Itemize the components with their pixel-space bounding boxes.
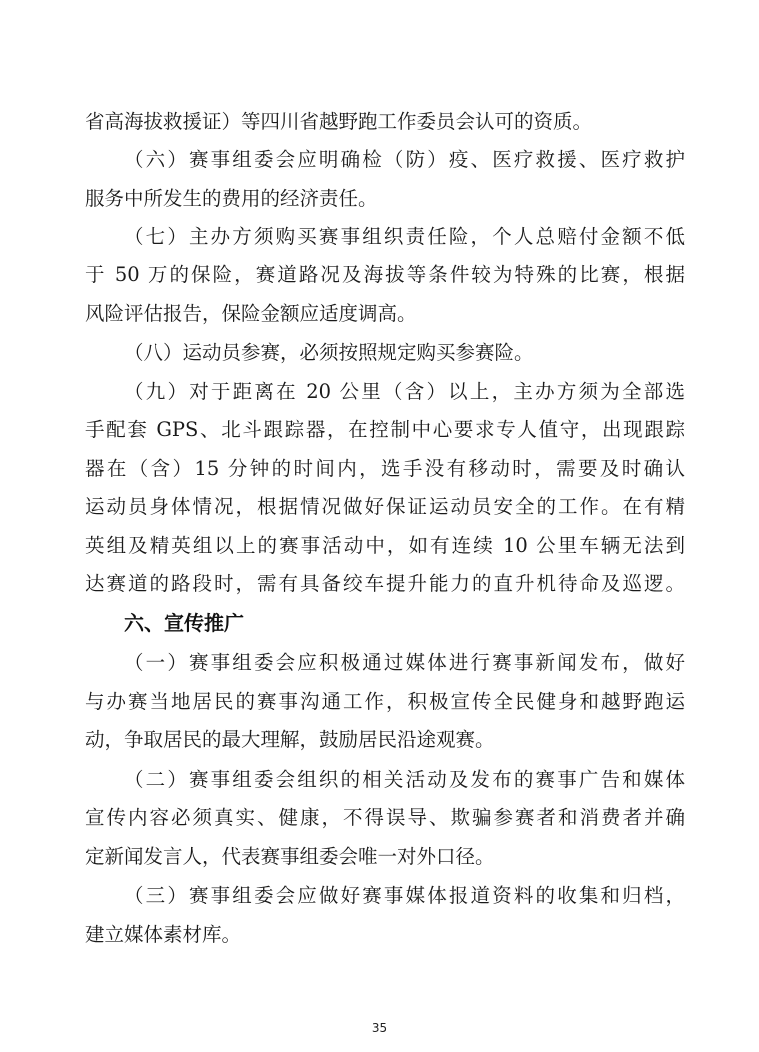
text-line: 服务中所发生的费用的经济责任。: [85, 185, 685, 213]
text-line: 宣传内容必须真实、健康，不得误导、欺骗参赛者和消费者并确: [85, 804, 685, 832]
text-line: 与办赛当地居民的赛事沟通工作，积极宣传全民健身和越野跑运: [85, 688, 685, 716]
text-line: 英组及精英组以上的赛事活动中，如有连续 10 公里车辆无法到: [85, 532, 685, 560]
text-line: 运动员身体情况，根据情况做好保证运动员安全的工作。在有精: [85, 493, 685, 521]
text-line: （二）赛事组委会组织的相关活动及发布的赛事广告和媒体: [124, 766, 685, 794]
text-line: （三）赛事组委会应做好赛事媒体报道资料的收集和归档，: [124, 882, 685, 910]
text-line: 动，争取居民的最大理解，鼓励居民沿途观赛。: [85, 726, 685, 754]
text-line: 达赛道的路段时，需有具备绞车提升能力的直升机待命及巡逻。: [85, 570, 685, 598]
text-line: 手配套 GPS、北斗跟踪器，在控制中心要求专人值守，出现跟踪: [85, 416, 685, 444]
text-line: 省高海拔救援证）等四川省越野跑工作委员会认可的资质。: [85, 108, 685, 136]
text-line: 建立媒体素材库。: [85, 921, 685, 949]
page-number: 35: [0, 1021, 759, 1035]
text-line: 于 50 万的保险，赛道路况及海拔等条件较为特殊的比赛，根据: [85, 261, 685, 289]
text-line: 定新闻发言人，代表赛事组委会唯一对外口径。: [85, 843, 685, 871]
text-line: （九）对于距离在 20 公里（含）以上，主办方须为全部选: [124, 378, 685, 406]
text-line: （一）赛事组委会应积极通过媒体进行赛事新闻发布，做好: [124, 649, 685, 677]
document-page: 省高海拔救援证）等四川省越野跑工作委员会认可的资质。 （六）赛事组委会应明确检（…: [0, 0, 759, 1052]
text-line: 器在（含）15 分钟的时间内，选手没有移动时，需要及时确认: [85, 455, 685, 483]
text-line: （六）赛事组委会应明确检（防）疫、医疗救援、医疗救护: [124, 146, 685, 174]
section-heading: 六、宣传推广: [124, 608, 244, 638]
text-line: （八）运动员参赛，必须按照规定购买参赛险。: [124, 339, 685, 367]
text-line: （七）主办方须购买赛事组织责任险，个人总赔付金额不低: [124, 223, 685, 251]
text-line: 风险评估报告，保险金额应适度调高。: [85, 300, 685, 328]
